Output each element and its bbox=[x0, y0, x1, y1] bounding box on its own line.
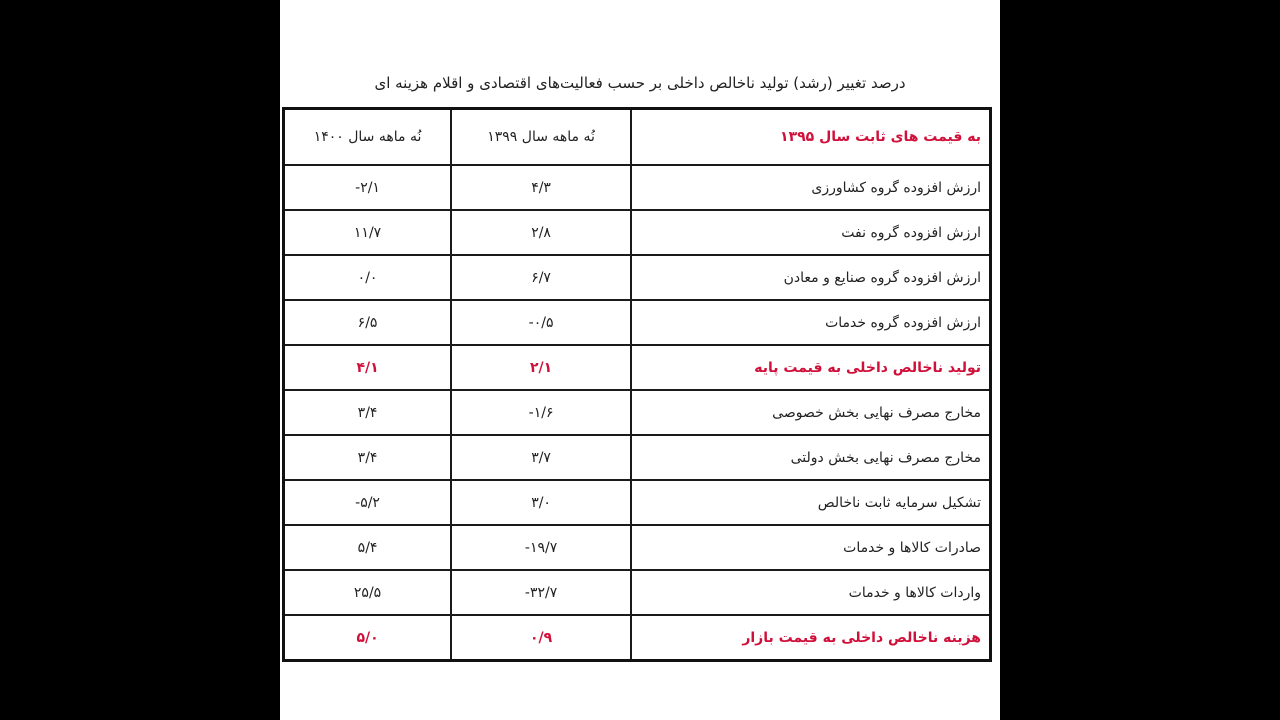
value-1400-text: -۵/۲ bbox=[355, 495, 380, 511]
value-1399: -۳۲/۷ bbox=[451, 570, 631, 615]
value-1400-text: ۱۱/۷ bbox=[354, 225, 381, 241]
value-1400: -۲/۱ bbox=[284, 165, 452, 210]
table-row: تشکیل سرمایه ثابت ناخالص۳/۰-۵/۲ bbox=[284, 480, 991, 525]
row-label: ارزش افزوده گروه نفت bbox=[631, 210, 990, 255]
value-1399: ۳/۰ bbox=[451, 480, 631, 525]
value-1400: -۵/۲ bbox=[284, 480, 452, 525]
value-1400-text: ۵/۰ bbox=[356, 630, 378, 646]
gdp-growth-table: به قیمت های ثابت سال ۱۳۹۵ نُه ماهه سال ۱… bbox=[282, 107, 992, 662]
value-1400: ۶/۵ bbox=[284, 300, 452, 345]
value-1399: -۱۹/۷ bbox=[451, 525, 631, 570]
value-1399-text: ۲/۸ bbox=[531, 225, 551, 241]
value-1399-text: ۲/۱ bbox=[530, 360, 552, 376]
value-1399-text: ۴/۳ bbox=[531, 180, 551, 196]
table-row: ارزش افزوده گروه کشاورزی۴/۳-۲/۱ bbox=[284, 165, 991, 210]
value-1399: ۲/۸ bbox=[451, 210, 631, 255]
row-label: ارزش افزوده گروه کشاورزی bbox=[631, 165, 990, 210]
value-1399-text: ۳/۰ bbox=[531, 495, 551, 511]
document-page: درصد تغییر (رشد) تولید ناخالص داخلی بر ح… bbox=[280, 0, 1000, 720]
value-1400-text: ۴/۱ bbox=[356, 360, 378, 376]
row-label: ارزش افزوده گروه خدمات bbox=[631, 300, 990, 345]
header-9months-1399: نُه ماهه سال ۱۳۹۹ bbox=[451, 109, 631, 166]
value-1399: ۰/۹ bbox=[451, 615, 631, 661]
value-1400: ۱۱/۷ bbox=[284, 210, 452, 255]
value-1400-text: ۲۵/۵ bbox=[354, 585, 381, 601]
value-1400-text: ۶/۵ bbox=[358, 315, 378, 331]
value-1399-text: -۳۲/۷ bbox=[525, 585, 557, 601]
table-body: ارزش افزوده گروه کشاورزی۴/۳-۲/۱ارزش افزو… bbox=[284, 165, 991, 661]
table-row: واردات کالاها و خدمات-۳۲/۷۲۵/۵ bbox=[284, 570, 991, 615]
value-1400: ۳/۴ bbox=[284, 390, 452, 435]
value-1399-text: ۳/۷ bbox=[531, 450, 551, 466]
table-row: ارزش افزوده گروه نفت۲/۸۱۱/۷ bbox=[284, 210, 991, 255]
table-row: صادرات کالاها و خدمات-۱۹/۷۵/۴ bbox=[284, 525, 991, 570]
header-row: به قیمت های ثابت سال ۱۳۹۵ نُه ماهه سال ۱… bbox=[284, 109, 991, 166]
table-row: ارزش افزوده گروه خدمات-۰/۵۶/۵ bbox=[284, 300, 991, 345]
value-1400: ۴/۱ bbox=[284, 345, 452, 390]
table-title: درصد تغییر (رشد) تولید ناخالص داخلی بر ح… bbox=[280, 74, 1000, 92]
value-1399-text: ۶/۷ bbox=[531, 270, 551, 286]
table-row: ارزش افزوده گروه صنایع و معادن۶/۷۰/۰ bbox=[284, 255, 991, 300]
value-1399: -۱/۶ bbox=[451, 390, 631, 435]
value-1399: -۰/۵ bbox=[451, 300, 631, 345]
row-label: هزینه ناخالص داخلی به قیمت بازار bbox=[631, 615, 990, 661]
value-1399: ۶/۷ bbox=[451, 255, 631, 300]
header-constant-prices: به قیمت های ثابت سال ۱۳۹۵ bbox=[631, 109, 990, 166]
table-row: تولید ناخالص داخلی به قیمت پایه۲/۱۴/۱ bbox=[284, 345, 991, 390]
value-1400-text: ۰/۰ bbox=[358, 270, 378, 286]
row-label: ارزش افزوده گروه صنایع و معادن bbox=[631, 255, 990, 300]
value-1400-text: ۳/۴ bbox=[358, 450, 378, 466]
value-1400: ۵/۰ bbox=[284, 615, 452, 661]
row-label: صادرات کالاها و خدمات bbox=[631, 525, 990, 570]
row-label: مخارج مصرف نهایی بخش دولتی bbox=[631, 435, 990, 480]
value-1400-text: ۳/۴ bbox=[358, 405, 378, 421]
value-1399-text: -۰/۵ bbox=[529, 315, 554, 331]
value-1400-text: ۵/۴ bbox=[358, 540, 378, 556]
value-1400: ۰/۰ bbox=[284, 255, 452, 300]
value-1400: ۳/۴ bbox=[284, 435, 452, 480]
row-label: مخارج مصرف نهایی بخش خصوصی bbox=[631, 390, 990, 435]
value-1399-text: -۱/۶ bbox=[529, 405, 554, 421]
value-1400: ۵/۴ bbox=[284, 525, 452, 570]
table-row: هزینه ناخالص داخلی به قیمت بازار۰/۹۵/۰ bbox=[284, 615, 991, 661]
value-1399: ۲/۱ bbox=[451, 345, 631, 390]
value-1400-text: -۲/۱ bbox=[355, 180, 380, 196]
table-row: مخارج مصرف نهایی بخش خصوصی-۱/۶۳/۴ bbox=[284, 390, 991, 435]
value-1399: ۳/۷ bbox=[451, 435, 631, 480]
row-label: تشکیل سرمایه ثابت ناخالص bbox=[631, 480, 990, 525]
value-1399-text: -۱۹/۷ bbox=[525, 540, 557, 556]
row-label: واردات کالاها و خدمات bbox=[631, 570, 990, 615]
table-row: مخارج مصرف نهایی بخش دولتی۳/۷۳/۴ bbox=[284, 435, 991, 480]
value-1399-text: ۰/۹ bbox=[530, 630, 552, 646]
header-9months-1400: نُه ماهه سال ۱۴۰۰ bbox=[284, 109, 452, 166]
value-1399: ۴/۳ bbox=[451, 165, 631, 210]
value-1400: ۲۵/۵ bbox=[284, 570, 452, 615]
row-label: تولید ناخالص داخلی به قیمت پایه bbox=[631, 345, 990, 390]
